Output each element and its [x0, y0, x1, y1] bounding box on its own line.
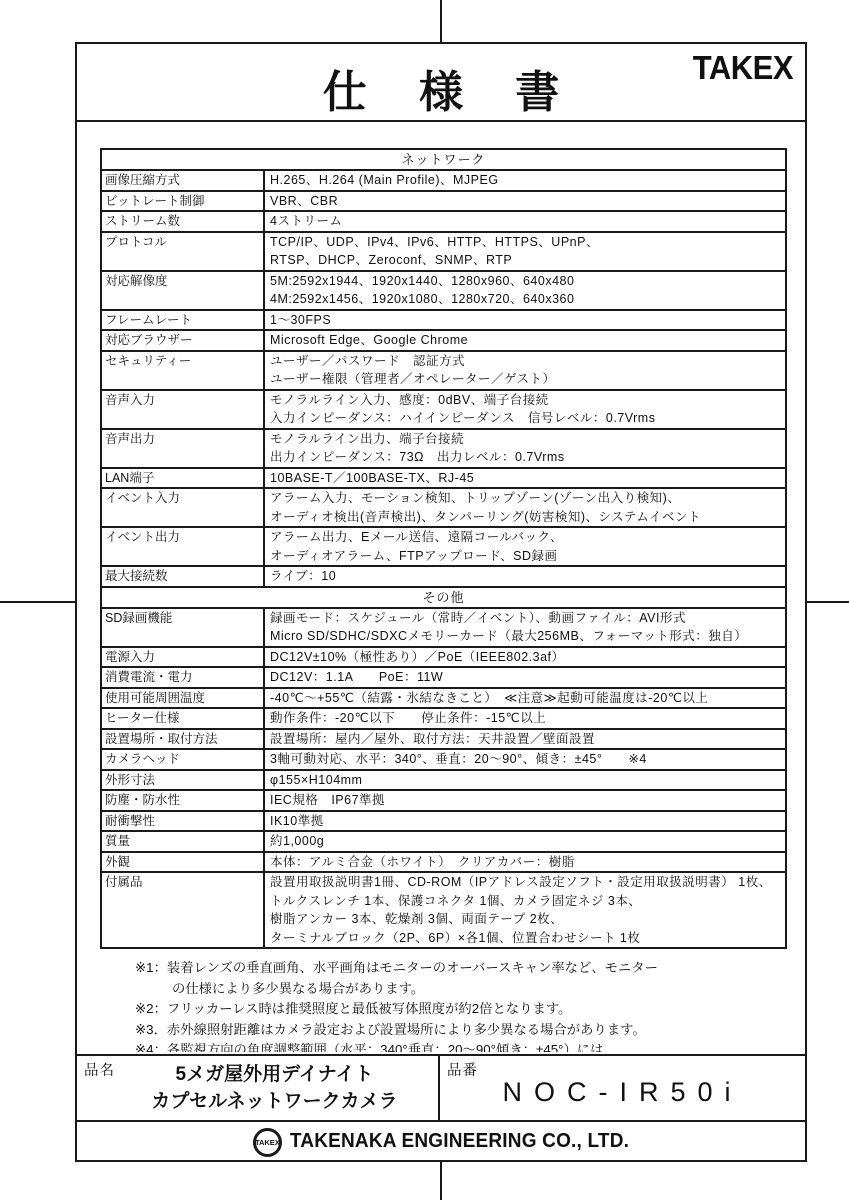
spec-value-line: ターミナルブロック（2P、6P）×各1個、位置合わせシート 1枚: [270, 929, 780, 948]
spec-row: カメラヘッド3軸可動対応、水平：340°、垂直：20～90°、傾き：±45° ※…: [102, 750, 785, 771]
note-line: ※1：装着レンズの垂直画角、水平画角はモニターのオーバースキャン率など、モニター: [135, 958, 785, 979]
spec-row: 画像圧縮方式H.265、H.264 (Main Profile)、MJPEG: [102, 171, 785, 192]
product-name-label: 品名: [84, 1059, 115, 1080]
spec-value: 動作条件：-20℃以下 停止条件：-15℃以上: [265, 709, 785, 728]
spec-label: イベント入力: [102, 489, 265, 526]
spec-value: 約1,000g: [265, 832, 785, 851]
spec-table: ネットワーク画像圧縮方式H.265、H.264 (Main Profile)、M…: [100, 148, 787, 949]
spec-value-line: 設置場所：屋内／屋外、取付方法：天井設置／壁面設置: [270, 730, 780, 749]
note-item: ※4：各監視方向の角度調整範囲（水平：340°垂直：20～90°傾き：±45°）…: [135, 1040, 785, 1052]
spec-value-line: ライブ：10: [270, 567, 780, 586]
document-header: 仕 様 書 TAKEX: [77, 44, 805, 122]
spec-label: 消費電流・電力: [102, 668, 265, 687]
spec-value-line: 3軸可動対応、水平：340°、垂直：20～90°、傾き：±45° ※4: [270, 750, 780, 769]
section-header: その他: [102, 588, 785, 609]
fold-mark-top: [440, 0, 442, 42]
spec-value: 10BASE-T／100BASE-TX、RJ-45: [265, 469, 785, 488]
spec-value-line: オーディオ検出(音声検出)、タンパーリング(妨害検知)、システムイベント: [270, 508, 780, 527]
spec-value: 1～30FPS: [265, 311, 785, 330]
spec-value: モノラルライン出力、端子台接続出力インピーダンス：73Ω 出力レベル：0.7Vr…: [265, 430, 785, 467]
spec-sheet-page: 仕 様 書 TAKEX ネットワーク画像圧縮方式H.265、H.264 (Mai…: [0, 0, 849, 1200]
spec-row: 電源入力DC12V±10%（極性あり）／PoE（IEEE802.3af）: [102, 648, 785, 669]
spec-value: 4ストリーム: [265, 212, 785, 231]
spec-value-line: 樹脂アンカー 3本、乾燥剤 3個、両面テープ 2枚、: [270, 910, 780, 929]
spec-value: DC12V±10%（極性あり）／PoE（IEEE802.3af）: [265, 648, 785, 667]
spec-value: DC12V：1.1A PoE：11W: [265, 668, 785, 687]
spec-value: 本体：アルミ合金（ホワイト） クリアカバー：樹脂: [265, 853, 785, 872]
spec-value-line: Microsoft Edge、Google Chrome: [270, 331, 780, 350]
note-line: ※3．赤外線照射距離はカメラ設定および設置場所により多少異なる場合があります。: [135, 1020, 785, 1041]
spec-value-line: VBR、CBR: [270, 192, 780, 211]
spec-value: IK10準拠: [265, 812, 785, 831]
product-name: 5メガ屋外用デイナイトカプセルネットワークカメラ: [77, 1061, 438, 1115]
note-line: の仕様により多少異なる場合があります。: [135, 979, 785, 1000]
spec-row: SD録画機能録画モード：スケジュール（常時／イベント）、動画ファイル：AVI形式…: [102, 609, 785, 648]
spec-row: 外形寸法φ155×H104mm: [102, 771, 785, 792]
spec-value: φ155×H104mm: [265, 771, 785, 790]
spec-value: H.265、H.264 (Main Profile)、MJPEG: [265, 171, 785, 190]
spec-value-line: アラーム出力、Eメール送信、遠隔コールバック、: [270, 528, 780, 547]
spec-row: 設置場所・取付方法設置場所：屋内／屋外、取付方法：天井設置／壁面設置: [102, 730, 785, 751]
spec-label: フレームレート: [102, 311, 265, 330]
spec-label: セキュリティー: [102, 352, 265, 389]
spec-value-line: TCP/IP、UDP、IPv4、IPv6、HTTP、HTTPS、UPnP、: [270, 233, 780, 252]
spec-value-line: 本体：アルミ合金（ホワイト） クリアカバー：樹脂: [270, 853, 780, 872]
note-line: ※4：各監視方向の角度調整範囲（水平：340°垂直：20～90°傾き：±45°）…: [135, 1040, 785, 1052]
product-number: NOC-IR50i: [440, 1077, 805, 1108]
spec-value-line: IK10準拠: [270, 812, 780, 831]
spec-row: 使用可能周囲温度-40℃～+55℃（結露・氷結なきこと） ≪注意≫起動可能温度は…: [102, 689, 785, 710]
spec-label: 外観: [102, 853, 265, 872]
product-number-label: 品番: [447, 1059, 478, 1080]
spec-label: 最大接続数: [102, 567, 265, 586]
spec-label: 電源入力: [102, 648, 265, 667]
spec-value-line: 1～30FPS: [270, 311, 780, 330]
note-line: ※2：フリッカーレス時は推奨照度と最低被写体照度が約2倍となります。: [135, 999, 785, 1020]
spec-row: 対応解像度5M:2592x1944、1920x1440、1280x960、640…: [102, 272, 785, 311]
spec-label: 対応ブラウザー: [102, 331, 265, 350]
spec-row: 防塵・防水性IEC規格 IP67準拠: [102, 791, 785, 812]
spec-value-line: 出力インピーダンス：73Ω 出力レベル：0.7Vrms: [270, 448, 780, 467]
takex-badge-icon: TAKEX: [253, 1128, 282, 1157]
document-body: ネットワーク画像圧縮方式H.265、H.264 (Main Profile)、M…: [77, 122, 805, 1052]
product-row: 品名 5メガ屋外用デイナイトカプセルネットワークカメラ 品番 NOC-IR50i: [77, 1054, 805, 1122]
spec-value: VBR、CBR: [265, 192, 785, 211]
spec-row: セキュリティーユーザー／パスワード 認証方式ユーザー権限（管理者／オペレーター／…: [102, 352, 785, 391]
spec-label: LAN端子: [102, 469, 265, 488]
fold-mark-bottom: [440, 1160, 442, 1200]
spec-row: ストリーム数4ストリーム: [102, 212, 785, 233]
spec-label: ビットレート制御: [102, 192, 265, 211]
spec-value-line: DC12V：1.1A PoE：11W: [270, 668, 780, 687]
spec-value-line: IEC規格 IP67準拠: [270, 791, 780, 810]
spec-row: ヒーター仕様動作条件：-20℃以下 停止条件：-15℃以上: [102, 709, 785, 730]
spec-value-line: トルクスレンチ 1本、保護コネクタ 1個、カメラ固定ネジ 3本、: [270, 892, 780, 911]
spec-row: 外観本体：アルミ合金（ホワイト） クリアカバー：樹脂: [102, 853, 785, 874]
spec-row: イベント入力アラーム入力、モーション検知、トリップゾーン(ゾーン出入り検知)、オ…: [102, 489, 785, 528]
spec-value: -40℃～+55℃（結露・氷結なきこと） ≪注意≫起動可能温度は-20℃以上: [265, 689, 785, 708]
notes-section: ※1：装着レンズの垂直画角、水平画角はモニターのオーバースキャン率など、モニター…: [135, 958, 785, 1052]
spec-value: 設置場所：屋内／屋外、取付方法：天井設置／壁面設置: [265, 730, 785, 749]
spec-value-line: アラーム入力、モーション検知、トリップゾーン(ゾーン出入り検知)、: [270, 489, 780, 508]
spec-label: 付属品: [102, 873, 265, 947]
spec-value: TCP/IP、UDP、IPv4、IPv6、HTTP、HTTPS、UPnP、RTS…: [265, 233, 785, 270]
spec-value-line: 10BASE-T／100BASE-TX、RJ-45: [270, 469, 780, 488]
spec-row: 消費電流・電力DC12V：1.1A PoE：11W: [102, 668, 785, 689]
spec-label: 質量: [102, 832, 265, 851]
spec-row: ビットレート制御VBR、CBR: [102, 192, 785, 213]
spec-value: Microsoft Edge、Google Chrome: [265, 331, 785, 350]
spec-value: ライブ：10: [265, 567, 785, 586]
spec-value-line: φ155×H104mm: [270, 771, 780, 790]
section-header: ネットワーク: [102, 150, 785, 171]
spec-value-line: 入力インピーダンス：ハイインピーダンス 信号レベル：0.7Vrms: [270, 409, 780, 428]
spec-value-line: Micro SD/SDHC/SDXCメモリーカード（最大256MB、フォーマット…: [270, 627, 780, 646]
spec-row: 耐衝撃性IK10準拠: [102, 812, 785, 833]
fold-mark-left: [0, 601, 75, 603]
spec-value-line: 5M:2592x1944、1920x1440、1280x960、640x480: [270, 272, 780, 291]
spec-value: 録画モード：スケジュール（常時／イベント）、動画ファイル：AVI形式Micro …: [265, 609, 785, 646]
spec-label: 耐衝撃性: [102, 812, 265, 831]
spec-row: 音声出力モノラルライン出力、端子台接続出力インピーダンス：73Ω 出力レベル：0…: [102, 430, 785, 469]
company-name: TAKENAKA ENGINEERING CO., LTD.: [290, 1130, 629, 1153]
spec-value-line: ユーザー／パスワード 認証方式: [270, 352, 780, 371]
spec-label: ストリーム数: [102, 212, 265, 231]
fold-mark-right: [805, 601, 849, 603]
takex-logo: TAKEX: [693, 49, 793, 88]
spec-value-line: モノラルライン出力、端子台接続: [270, 430, 780, 449]
note-item: ※1：装着レンズの垂直画角、水平画角はモニターのオーバースキャン率など、モニター…: [135, 958, 785, 999]
spec-value-line: 動作条件：-20℃以下 停止条件：-15℃以上: [270, 709, 780, 728]
spec-label: SD録画機能: [102, 609, 265, 646]
spec-value-line: H.265、H.264 (Main Profile)、MJPEG: [270, 171, 780, 190]
spec-value-line: 4M:2592x1456、1920x1080、1280x720、640x360: [270, 290, 780, 309]
product-name-line: 5メガ屋外用デイナイト: [111, 1061, 438, 1088]
spec-value-line: RTSP、DHCP、Zeroconf、SNMP、RTP: [270, 251, 780, 270]
product-name-cell: 品名 5メガ屋外用デイナイトカプセルネットワークカメラ: [77, 1056, 440, 1120]
takex-badge-text: TAKEX: [255, 1138, 280, 1147]
spec-row: イベント出力アラーム出力、Eメール送信、遠隔コールバック、オーディオアラーム、F…: [102, 528, 785, 567]
spec-value-line: -40℃～+55℃（結露・氷結なきこと） ≪注意≫起動可能温度は-20℃以上: [270, 689, 780, 708]
spec-label: 対応解像度: [102, 272, 265, 309]
spec-row: 付属品設置用取扱説明書1冊、CD-ROM（IPアドレス設定ソフト・設定用取扱説明…: [102, 873, 785, 947]
note-item: ※2：フリッカーレス時は推奨照度と最低被写体照度が約2倍となります。: [135, 999, 785, 1020]
spec-row: LAN端子10BASE-T／100BASE-TX、RJ-45: [102, 469, 785, 490]
spec-label: カメラヘッド: [102, 750, 265, 769]
spec-value-line: 約1,000g: [270, 832, 780, 851]
spec-row: 音声入力モノラルライン入力、感度：0dBV、端子台接続入力インピーダンス：ハイイ…: [102, 391, 785, 430]
spec-value-line: オーディオアラーム、FTPアップロード、SD録画: [270, 547, 780, 566]
product-name-line: カプセルネットワークカメラ: [111, 1088, 438, 1115]
spec-row: 質量約1,000g: [102, 832, 785, 853]
spec-value: アラーム出力、Eメール送信、遠隔コールバック、オーディオアラーム、FTPアップロ…: [265, 528, 785, 565]
spec-label: プロトコル: [102, 233, 265, 270]
product-number-cell: 品番 NOC-IR50i: [440, 1056, 805, 1120]
spec-value: 5M:2592x1944、1920x1440、1280x960、640x4804…: [265, 272, 785, 309]
spec-label: 音声出力: [102, 430, 265, 467]
spec-value-line: DC12V±10%（極性あり）／PoE（IEEE802.3af）: [270, 648, 780, 667]
spec-label: 外形寸法: [102, 771, 265, 790]
spec-value: IEC規格 IP67準拠: [265, 791, 785, 810]
spec-label: 音声入力: [102, 391, 265, 428]
spec-value: モノラルライン入力、感度：0dBV、端子台接続入力インピーダンス：ハイインピーダ…: [265, 391, 785, 428]
spec-row: フレームレート1～30FPS: [102, 311, 785, 332]
spec-row: プロトコルTCP/IP、UDP、IPv4、IPv6、HTTP、HTTPS、UPn…: [102, 233, 785, 272]
document-footer: TAKEX TAKENAKA ENGINEERING CO., LTD.: [77, 1124, 805, 1160]
spec-row: 最大接続数ライブ：10: [102, 567, 785, 588]
spec-value-line: ユーザー権限（管理者／オペレーター／ゲスト）: [270, 370, 780, 389]
spec-label: 使用可能周囲温度: [102, 689, 265, 708]
spec-row: 対応ブラウザーMicrosoft Edge、Google Chrome: [102, 331, 785, 352]
spec-value: ユーザー／パスワード 認証方式ユーザー権限（管理者／オペレーター／ゲスト）: [265, 352, 785, 389]
spec-label: 設置場所・取付方法: [102, 730, 265, 749]
spec-value: 3軸可動対応、水平：340°、垂直：20～90°、傾き：±45° ※4: [265, 750, 785, 769]
spec-label: 防塵・防水性: [102, 791, 265, 810]
spec-label: イベント出力: [102, 528, 265, 565]
spec-value-line: 4ストリーム: [270, 212, 780, 231]
spec-value: 設置用取扱説明書1冊、CD-ROM（IPアドレス設定ソフト・設定用取扱説明書） …: [265, 873, 785, 947]
spec-value-line: モノラルライン入力、感度：0dBV、端子台接続: [270, 391, 780, 410]
document-frame: 仕 様 書 TAKEX ネットワーク画像圧縮方式H.265、H.264 (Mai…: [75, 42, 807, 1162]
spec-value: アラーム入力、モーション検知、トリップゾーン(ゾーン出入り検知)、オーディオ検出…: [265, 489, 785, 526]
spec-label: ヒーター仕様: [102, 709, 265, 728]
spec-value-line: 録画モード：スケジュール（常時／イベント）、動画ファイル：AVI形式: [270, 609, 780, 628]
spec-value-line: 設置用取扱説明書1冊、CD-ROM（IPアドレス設定ソフト・設定用取扱説明書） …: [270, 873, 780, 892]
note-item: ※3．赤外線照射距離はカメラ設定および設置場所により多少異なる場合があります。: [135, 1020, 785, 1041]
spec-label: 画像圧縮方式: [102, 171, 265, 190]
